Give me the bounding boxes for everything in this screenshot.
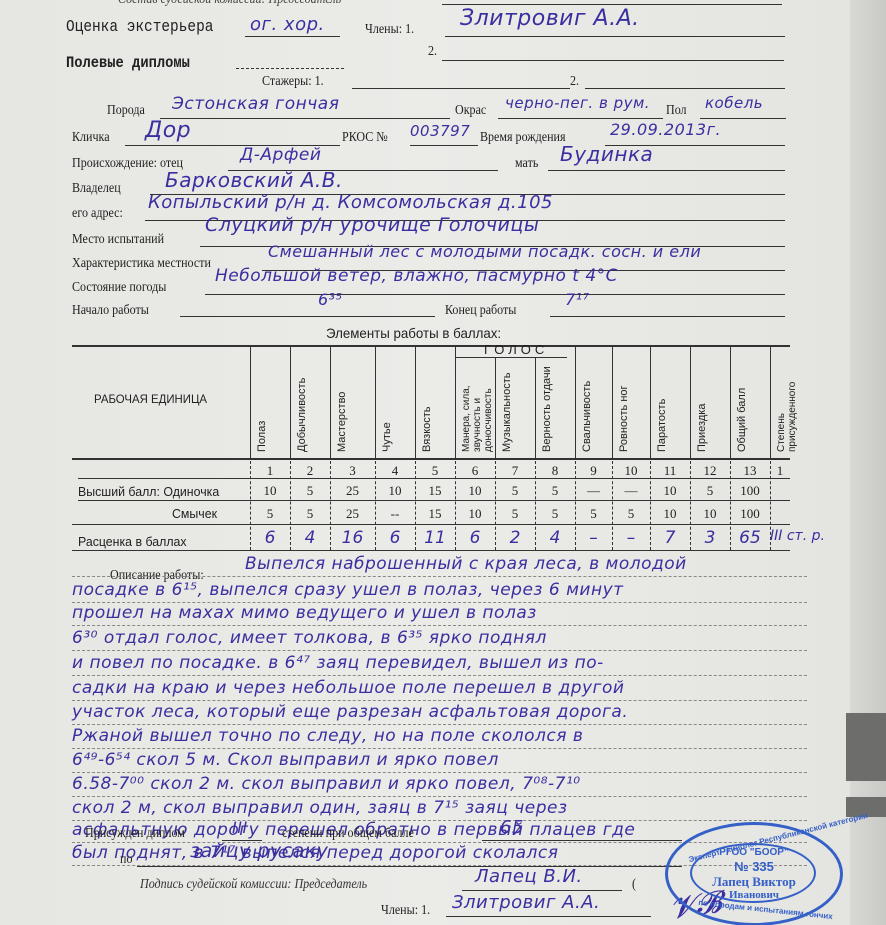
end-value: 7¹⁷ — [565, 290, 590, 309]
score-cell: 10 — [375, 483, 415, 499]
background-stripe — [846, 713, 886, 781]
description-line: скол 2 м, скол выправил один, заяц в 7¹⁵… — [72, 798, 568, 818]
unit-header: РАБОЧАЯ ЕДИНИЦА — [94, 392, 207, 406]
score-cell: 25 — [330, 483, 375, 499]
score-cell: 10 — [455, 483, 495, 499]
score-cell: 15 — [415, 483, 455, 499]
column-number: 12 — [690, 463, 730, 479]
score-cell: 10 — [650, 506, 690, 522]
column-header: Чутье — [381, 422, 393, 452]
owner-value: Барковский А.В. — [165, 168, 343, 192]
field-line — [700, 118, 786, 119]
score-cell: 10 — [455, 506, 495, 522]
color-label: Окрас — [455, 103, 486, 119]
column-number: 6 — [455, 463, 495, 479]
field-line — [446, 916, 651, 917]
score-cell: 10 — [250, 483, 290, 499]
column-divider — [650, 461, 651, 550]
score-cell: 100 — [730, 483, 770, 499]
score-cell: 3 — [690, 528, 730, 548]
breed-value: Эстонская гончая — [172, 94, 339, 114]
column-divider — [575, 461, 576, 550]
rkos-value: 003797 — [410, 122, 470, 140]
column-divider — [330, 346, 331, 458]
column-divider — [575, 346, 576, 458]
score-cell: 100 — [730, 506, 770, 522]
score-cell: 11 — [415, 528, 455, 548]
column-divider — [415, 461, 416, 550]
birth-label: Время рождения — [480, 130, 566, 146]
column-divider — [330, 461, 331, 550]
members-sign-label: Члены: 1. — [381, 903, 430, 919]
row-label-pair: Смычек — [172, 506, 217, 521]
field-line — [482, 840, 682, 841]
score-cell: 10 — [650, 483, 690, 499]
column-divider — [535, 461, 536, 550]
column-header: Приездка — [696, 404, 708, 452]
column-divider — [770, 461, 771, 550]
description-line: и повел по посадке. в 6⁴⁷ заяц перевидел… — [72, 653, 604, 673]
column-divider — [250, 346, 251, 458]
field-line — [137, 866, 682, 867]
weather-value: Небольшой ветер, влажно, пасмурно t 4°C — [215, 266, 618, 286]
score-cell: 65 — [730, 528, 770, 548]
description-rule — [72, 625, 807, 626]
row-divider — [72, 524, 790, 525]
field-line — [160, 118, 450, 119]
column-divider — [455, 346, 456, 458]
score-cell: 5 — [690, 483, 730, 499]
score-cell: 4 — [535, 528, 575, 548]
trainee2-num: 2. — [570, 74, 579, 90]
score-cell: — — [612, 483, 650, 499]
field-line — [585, 88, 785, 89]
column-divider — [730, 461, 731, 550]
field-line — [410, 145, 478, 146]
description-rule — [72, 772, 807, 773]
field-line — [548, 170, 785, 171]
trainees-label: Стажеры: 1. — [262, 74, 324, 90]
column-divider — [375, 346, 376, 458]
paren-open: ( — [632, 877, 636, 893]
column-divider — [690, 461, 691, 550]
row-label-single: Высший балл: Одиночка — [78, 484, 219, 499]
weather-label: Состояние погоды — [72, 280, 166, 296]
score-cell: 5 — [495, 483, 535, 499]
color-value: черно-пег. в рум. — [505, 94, 650, 112]
description-line: Ржаной вышел точно по следу, но на поле … — [72, 726, 583, 746]
column-header: Ровность ног — [618, 385, 630, 452]
score-cell: – — [612, 528, 650, 548]
column-header: Вязкость — [421, 406, 433, 452]
column-number: 4 — [375, 463, 415, 479]
owner-label: Владелец — [72, 181, 121, 197]
column-divider — [415, 346, 416, 458]
score-cell: 15 — [415, 506, 455, 522]
score-cell: 6 — [250, 528, 290, 548]
members-label: Члены: 1. — [365, 22, 414, 38]
column-divider — [770, 346, 771, 458]
column-number: 10 — [612, 463, 650, 479]
description-rule — [72, 748, 807, 749]
column-header: Паратость — [656, 399, 668, 452]
by-label: по — [120, 852, 132, 868]
signature-label: Подпись судейской комиссии: Председатель — [140, 877, 367, 893]
description-rule — [72, 700, 807, 701]
total-value: 65 — [500, 817, 524, 838]
mother-value: Будинка — [560, 142, 653, 166]
column-number: 13 — [730, 463, 770, 479]
column-number: 2 — [290, 463, 330, 479]
description-line: 6.58-7⁰⁰ скол 2 м. скол выправил и ярко … — [72, 774, 581, 794]
score-cell: 5 — [535, 483, 575, 499]
description-rule — [72, 724, 807, 725]
table-top-rule — [72, 345, 790, 347]
place-value: Слуцкий р/н урочище Голочицы — [205, 214, 539, 236]
member1-sign-value: Злитровиг А.А. — [452, 892, 600, 913]
address-label: его адрес: — [72, 206, 123, 222]
mother-label: мать — [515, 156, 538, 172]
column-header: Манера, сила, звучность и доносчивость — [461, 352, 494, 452]
column-header: Полаз — [256, 421, 268, 452]
column-divider — [375, 461, 376, 550]
member2-num: 2. — [428, 44, 437, 60]
rkos-label: РКОС № — [342, 130, 388, 146]
stamp-name1: Лапец Виктор — [668, 874, 840, 890]
description-rule — [72, 650, 807, 651]
start-label: Начало работы — [72, 303, 149, 319]
stamp-name2: Иванович — [668, 889, 840, 901]
table-bottom-rule — [72, 550, 790, 551]
breed-label: Порода — [107, 103, 145, 119]
terrain-value: Смешанный лес с молодыми посадк. сосн. и… — [268, 242, 701, 261]
column-number: 9 — [575, 463, 612, 479]
score-cell: 25 — [330, 506, 375, 522]
field-line — [352, 88, 570, 89]
field-line — [498, 118, 663, 119]
field-diplomas-label: Полевые дипломы — [66, 54, 190, 72]
diploma-degree: III — [232, 818, 248, 837]
field-line — [236, 68, 344, 69]
end-label: Конец работы — [445, 303, 516, 319]
column-number: 1 — [770, 463, 790, 479]
field-line — [550, 316, 785, 317]
by-value: зайцу русаку — [190, 840, 328, 862]
score-cell: 5 — [290, 506, 330, 522]
field-line — [180, 316, 435, 317]
description-line: участок леса, который еще разрезан асфал… — [72, 702, 628, 722]
description-line: садки на краю и через небольшое поле пер… — [72, 678, 624, 698]
column-number: 1 — [250, 463, 290, 479]
score-cell: 4 — [290, 528, 330, 548]
column-number: 7 — [495, 463, 535, 479]
column-header: Мастерство — [336, 392, 348, 452]
start-value: 6³⁵ — [318, 290, 343, 309]
description-line: Выпелся наброшенный с края леса, в молод… — [245, 554, 687, 574]
score-cell: 5 — [250, 506, 290, 522]
column-divider — [290, 346, 291, 458]
commission-label: Состав судейской комиссии: Председатель — [118, 0, 341, 8]
field-line — [445, 36, 785, 37]
row-divider — [78, 500, 790, 501]
column-divider — [455, 461, 456, 550]
chairman-value: Лапец В.И. — [475, 866, 583, 887]
name-label: Кличка — [72, 130, 110, 146]
column-divider — [612, 461, 613, 550]
score-cell: 5 — [290, 483, 330, 499]
column-divider — [495, 461, 496, 550]
row-label-score: Расценка в баллах — [78, 534, 187, 549]
column-header: Степень присужденного — [776, 352, 798, 452]
description-line: прошел на махах мимо ведущего и ушел в п… — [72, 603, 537, 623]
score-cell: 6 — [375, 528, 415, 548]
sex-label: Пол — [666, 103, 687, 119]
column-header: Верность отдачи — [541, 366, 553, 452]
column-header: Свальчивость — [581, 381, 593, 452]
description-rule — [72, 576, 807, 577]
score-cell: – — [575, 528, 612, 548]
score-cell: 6 — [455, 528, 495, 548]
diploma-label: Присужден диплом — [85, 826, 185, 842]
description-line: 6³⁰ отдал голос, имеет толкова, в 6³⁵ яр… — [72, 628, 547, 648]
field-line — [442, 4, 782, 5]
score-cell: 5 — [535, 506, 575, 522]
description-rule — [72, 675, 807, 676]
father-value: Д-Арфей — [240, 145, 321, 165]
column-divider — [495, 358, 496, 458]
field-line — [245, 36, 340, 37]
score-cell: -- — [375, 506, 415, 522]
score-cell: 5 — [495, 506, 535, 522]
score-cell: 16 — [330, 528, 375, 548]
score-cell: 5 — [575, 506, 612, 522]
column-header: Музыкальность — [501, 372, 513, 452]
column-divider — [650, 346, 651, 458]
column-number: 11 — [650, 463, 690, 479]
official-stamp: Эксперт - кинолог Республиканской катего… — [665, 822, 843, 925]
field-line — [205, 294, 785, 295]
field-line — [442, 60, 784, 61]
terrain-label: Характеристика местности — [72, 256, 211, 272]
header-bottom-rule — [72, 458, 790, 460]
column-divider — [535, 358, 536, 458]
score-cell: 7 — [650, 528, 690, 548]
address-value: Копыльский р/н д. Комсомольская д.105 — [148, 192, 553, 213]
table-title: Элементы работы в баллах: — [326, 325, 501, 341]
stamp-org: РГОО "БООР" — [668, 847, 840, 858]
score-cell: III ст. р. — [770, 528, 840, 544]
paper-edge — [850, 0, 886, 925]
field-line — [462, 890, 622, 891]
column-number: 8 — [535, 463, 575, 479]
sex-value: кобель — [705, 94, 763, 112]
column-number: 3 — [330, 463, 375, 479]
column-divider — [290, 461, 291, 550]
column-divider — [250, 461, 251, 550]
column-number: 5 — [415, 463, 455, 479]
column-header: Добычливость — [296, 378, 308, 452]
column-divider — [612, 346, 613, 458]
description-line: посадке в 6¹⁵, выпелся сразу ушел в пола… — [72, 580, 624, 600]
score-cell: 5 — [612, 506, 650, 522]
score-cell: 2 — [495, 528, 535, 548]
description-line: 6⁴⁹-6⁵⁴ скол 5 м. Скол выправил и ярко п… — [72, 750, 499, 770]
row-divider — [78, 478, 790, 479]
stamp-number: № 335 — [668, 859, 840, 874]
column-divider — [730, 346, 731, 458]
exterior-label: Оценка экстерьера — [66, 18, 213, 37]
score-cell: — — [575, 483, 612, 499]
place-label: Место испытаний — [72, 232, 164, 248]
exterior-value: ог. хор. — [250, 14, 325, 35]
column-divider — [690, 346, 691, 458]
member1-value: Злитровиг А.А. — [460, 6, 640, 31]
name-value: Дор — [145, 118, 191, 143]
column-header: Общий балл — [736, 388, 748, 452]
score-cell: 10 — [690, 506, 730, 522]
birth-value: 29.09.2013г. — [610, 120, 721, 139]
description-rule — [72, 796, 807, 797]
